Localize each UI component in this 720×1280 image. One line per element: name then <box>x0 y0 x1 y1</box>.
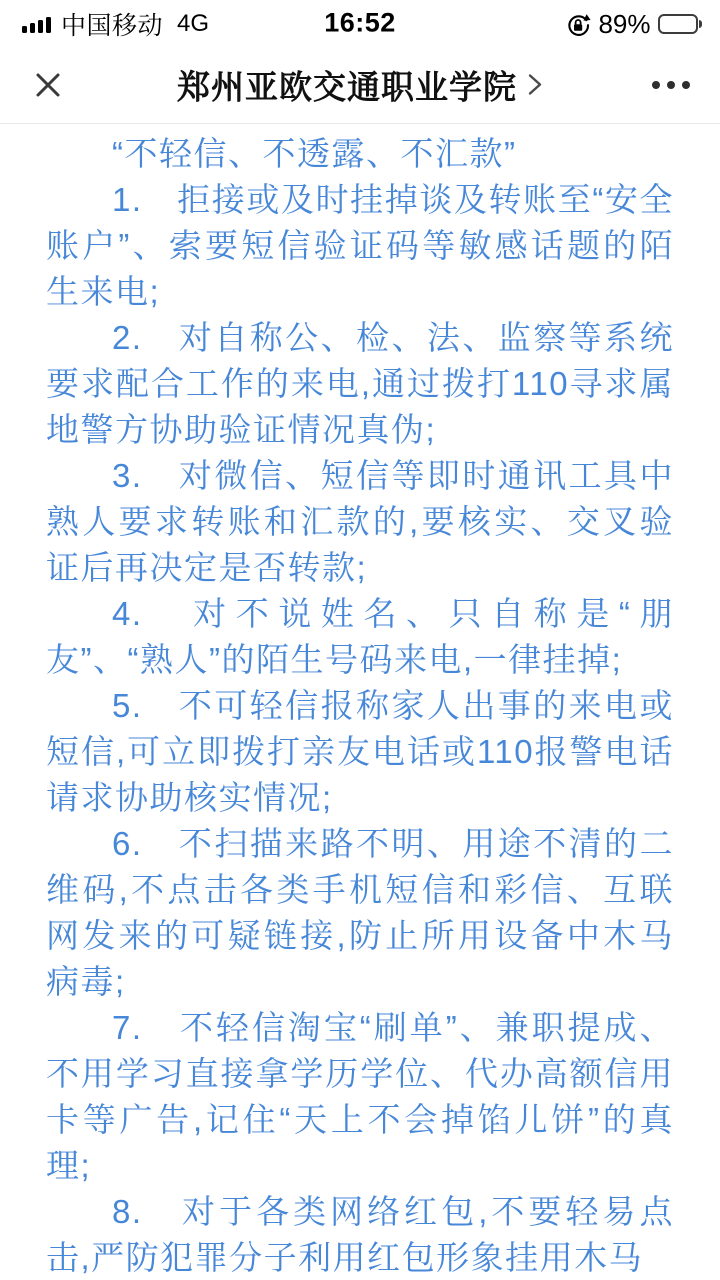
nav-bar: 郑州亚欧交通职业学院 <box>0 46 720 124</box>
more-menu-button[interactable] <box>648 71 694 99</box>
article-content: “不轻信、不透露、不汇款” 1. 拒接或及时挂掉谈及转账至“安全账户”、索要短信… <box>0 124 720 1280</box>
close-x-icon <box>30 67 66 103</box>
status-left-group: 中国移动 4G <box>22 6 209 42</box>
tip-5: 5. 不可轻信报称家人出事的来电或短信,可立即拨打亲友电话或110报警电话请求协… <box>46 683 674 821</box>
signal-bar <box>38 20 43 33</box>
signal-bar <box>30 23 35 33</box>
signal-bar <box>22 26 27 33</box>
signal-bar <box>46 17 51 33</box>
tip-8: 8. 对于各类网络红包,不要轻易点击,严防犯罪分子利用红包形象挂用木马 <box>46 1189 674 1280</box>
clock-time: 16:52 <box>324 8 396 39</box>
page-title: 郑州亚欧交通职业学院 <box>177 61 517 108</box>
status-right-group: 89% <box>565 9 702 40</box>
ellipsis-icon <box>667 81 675 89</box>
tip-2: 2. 对自称公、检、法、监察等系统要求配合工作的来电,通过拨打110寻求属地警方… <box>46 315 674 453</box>
network-type-label: 4G <box>177 10 209 38</box>
tip-6: 6. 不扫描来路不明、用途不清的二维码,不点击各类手机短信和彩信、互联网发来的可… <box>46 821 674 1005</box>
tip-1: 1. 拒接或及时挂掉谈及转账至“安全账户”、索要短信验证码等敏感话题的陌生来电; <box>46 177 674 315</box>
battery-percent-label: 89% <box>598 9 650 40</box>
chevron-right-icon <box>527 71 543 99</box>
ellipsis-icon <box>682 81 690 89</box>
account-title-button[interactable]: 郑州亚欧交通职业学院 <box>177 61 543 108</box>
carrier-label: 中国移动 <box>61 6 163 42</box>
slogan-line: “不轻信、不透露、不汇款” <box>46 131 674 177</box>
tip-7: 7. 不轻信淘宝“刷单”、兼职提成、不用学习直接拿学历学位、代办高额信用卡等广告… <box>46 1005 674 1189</box>
battery-icon <box>658 14 703 34</box>
close-button[interactable] <box>26 63 70 107</box>
tip-4: 4. 对不说姓名、只自称是“朋友”、“熟人”的陌生号码来电,一律挂掉; <box>46 591 674 683</box>
cellular-signal-icon <box>22 16 51 33</box>
ellipsis-icon <box>652 81 660 89</box>
tip-3: 3. 对微信、短信等即时通讯工具中熟人要求转账和汇款的,要核实、交叉验证后再决定… <box>46 453 674 591</box>
status-bar: 中国移动 4G 16:52 89% <box>0 0 720 46</box>
orientation-lock-icon <box>565 11 591 37</box>
